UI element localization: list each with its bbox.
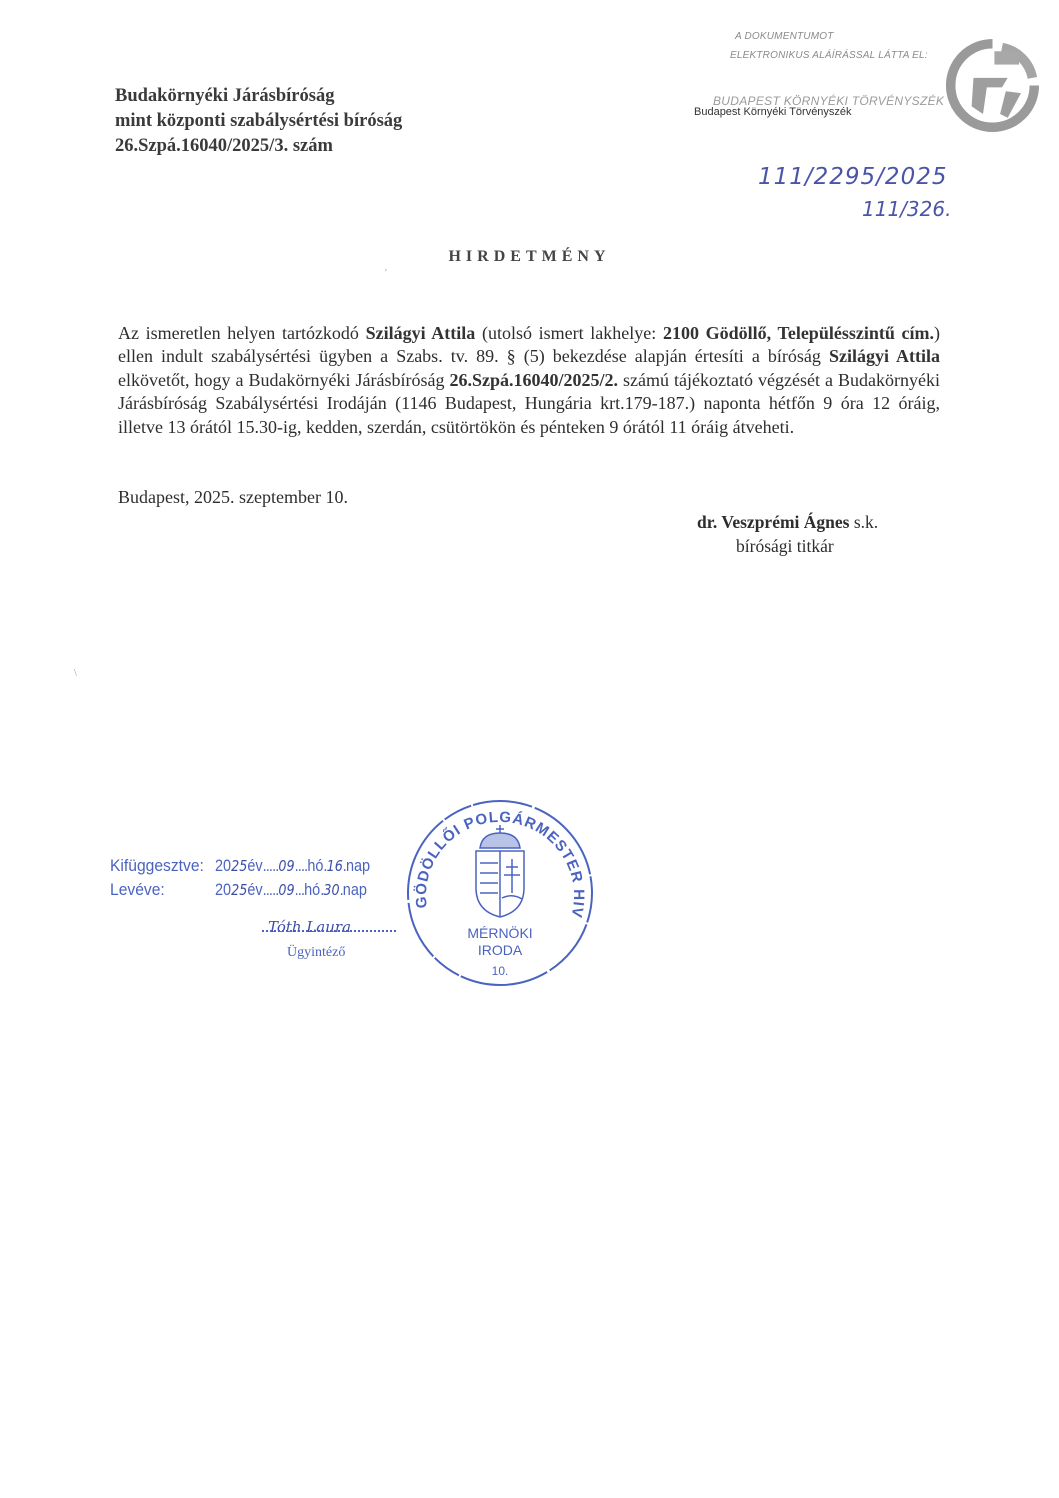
signer-name: dr. Veszprémi Ágnes: [697, 512, 849, 532]
posted-date: 2025év.....09....hó.16.nap: [215, 854, 370, 878]
posted-year: 25: [231, 857, 247, 875]
year-word: év: [247, 880, 262, 899]
document-title: HIRDETMÉNY: [0, 248, 1059, 266]
offender-name: Szilágyi Attila: [366, 323, 476, 343]
removed-year-prefix: 20: [215, 880, 231, 899]
hungarian-coat-of-arms-icon: [476, 825, 524, 917]
posted-day: 16: [327, 857, 343, 875]
round-office-stamp: GÖDÖLLŐI POLGÁRMESTER HIVATAL MÉRNÖKI IR…: [400, 793, 600, 988]
handwritten-registry-number: 111/2295/2025: [758, 164, 947, 190]
posting-stamp: Kifüggesztve: 2025év.....09....hó.16.nap…: [110, 854, 210, 902]
court-header: Budakörnyéki Járásbíróság mint központi …: [115, 84, 402, 159]
signer: dr. Veszprémi Ágnes s.k.: [697, 512, 878, 533]
removed-day: 30: [323, 881, 339, 899]
esig-line-2: ELEKTRONIKUS ALÁÍRÁSSAL LÁTTA EL:: [730, 50, 928, 61]
esig-line-1: A DOKUMENTUMOT: [735, 31, 834, 42]
stamp-number: 10.: [492, 964, 509, 978]
esig-line-4: Budapest Környéki Törvényszék: [694, 106, 852, 118]
posted-label: Kifüggesztve:: [110, 854, 202, 878]
posted-month: 09: [278, 857, 294, 875]
court-role: mint központi szabálysértési bíróság: [115, 109, 402, 134]
removed-year: 25: [231, 881, 247, 899]
day-word: nap: [343, 880, 367, 899]
document-page: Budakörnyéki Járásbíróság mint központi …: [0, 0, 1059, 1498]
signer-suffix: s.k.: [849, 512, 878, 532]
month-word: hó: [304, 880, 320, 899]
month-word: hó: [307, 856, 323, 875]
notice-body: Az ismeretlen helyen tartózkodó Szilágyi…: [118, 322, 940, 439]
referenced-case-number: 26.Szpá.16040/2025/2.: [450, 370, 619, 390]
handwritten-registry-subnumber: 111/326.: [862, 197, 951, 221]
electronic-signature-block: A DOKUMENTUMOT ELEKTRONIKUS ALÁÍRÁSSAL L…: [700, 28, 1040, 128]
stamp-center-line-1: MÉRNÖKI: [467, 924, 532, 941]
day-word: nap: [346, 856, 370, 875]
body-text: (utolsó ismert lakhelye:: [475, 323, 663, 343]
clerk-role: Ügyintéző: [287, 945, 345, 961]
place-and-date: Budapest, 2025. szeptember 10.: [118, 487, 348, 508]
year-word: év: [247, 856, 262, 875]
case-number: 26.Szpá.16040/2025/3. szám: [115, 134, 402, 159]
court-name: Budakörnyéki Járásbíróság: [115, 84, 402, 109]
removed-date: 2025év.....09...hó.30.nap: [215, 878, 367, 902]
court-logo-icon: [945, 38, 1040, 133]
clerk-signature: Tóth Laura: [268, 918, 351, 936]
stamp-arc-text: GÖDÖLLŐI POLGÁRMESTER HIVATAL: [400, 793, 587, 919]
removed-row: Levéve: 2025év.....09...hó.30.nap: [110, 878, 210, 902]
stamp-center-line-2: IRODA: [478, 942, 523, 958]
signature-line: [262, 930, 396, 932]
offender-name: Szilágyi Attila: [829, 346, 940, 366]
posted-row: Kifüggesztve: 2025év.....09....hó.16.nap: [110, 854, 210, 878]
signer-role: bírósági titkár: [736, 536, 834, 557]
posted-year-prefix: 20: [215, 856, 231, 875]
scan-artifact: ': [385, 268, 387, 279]
body-text: elkövetőt, hogy a Budakörnyéki Járásbíró…: [118, 370, 450, 390]
removed-label: Levéve:: [110, 878, 202, 902]
scan-artifact: \: [74, 668, 77, 679]
offender-address: 2100 Gödöllő, Településszintű cím.: [663, 323, 934, 343]
body-text: Az ismeretlen helyen tartózkodó: [118, 323, 366, 343]
svg-text:GÖDÖLLŐI POLGÁRMESTER HIVATAL: GÖDÖLLŐI POLGÁRMESTER HIVATAL: [400, 793, 587, 919]
removed-month: 09: [278, 881, 294, 899]
